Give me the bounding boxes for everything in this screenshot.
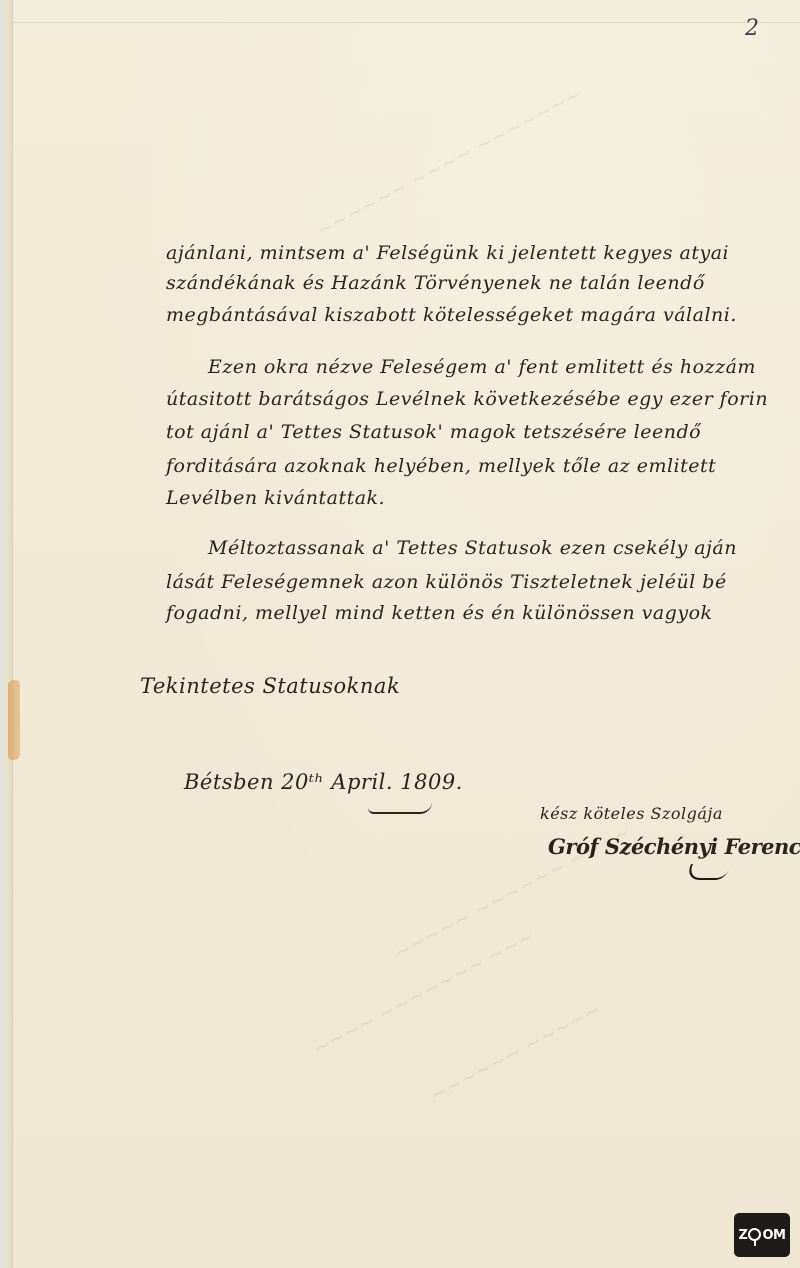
text-line: Méltoztassanak a' Tettes Statusok ezen c…: [208, 537, 737, 559]
page-left-edge: [0, 0, 13, 1268]
manuscript-page: ~~~~~~ ~~~~ ~~~~~~~ ~~~~~ ~~~~~~ ~~~~ ~~…: [0, 0, 800, 1268]
text-line: tot ajánl a' Tettes Statusok' magok tets…: [166, 421, 701, 443]
bleed-through: ~~~~~~ ~~~~~: [426, 997, 606, 1108]
zoom-label-z: Z: [739, 1228, 748, 1243]
zoom-label-om: OM: [762, 1228, 785, 1243]
text-line: Levélben kivántattak.: [166, 487, 385, 509]
closing-formula: kész köteles Szolgája: [540, 804, 723, 823]
water-stain: [8, 680, 20, 760]
zoom-logo-badge[interactable]: ZOM: [734, 1213, 790, 1257]
bleed-through: ~~~~~~ ~~~~ ~~~~~~~: [312, 82, 586, 243]
text-line: útasitott barátságos Levélnek következés…: [166, 388, 768, 410]
text-line: Ezen okra nézve Feleségem a' fent emlite…: [208, 356, 756, 378]
signature-flourish: [685, 864, 731, 880]
text-line: szándékának és Hazánk Törvényenek ne tal…: [166, 272, 705, 294]
dateline: Bétsben 20ᵗʰ April. 1809.: [184, 770, 463, 794]
date-flourish: [368, 802, 432, 814]
text-line: ajánlani, mintsem a' Felségünk ki jelent…: [166, 242, 729, 264]
page-number: 2: [745, 16, 759, 41]
text-line: forditására azoknak helyében, mellyek tő…: [166, 455, 716, 477]
addressee: Tekintetes Statusoknak: [140, 674, 400, 698]
text-line: megbántásával kiszabott kötelességeket m…: [166, 304, 737, 326]
text-line: lását Feleségemnek azon különös Tisztele…: [166, 571, 727, 593]
magnifier-icon: [748, 1228, 761, 1241]
signature: Gróf Széchényi Ferenc: [548, 834, 800, 859]
page-top-edge: [10, 0, 800, 23]
text-line: fogadni, mellyel mind ketten és én külön…: [166, 602, 713, 624]
